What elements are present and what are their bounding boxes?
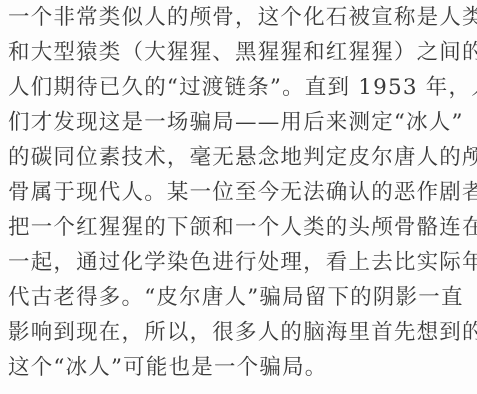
text-line-2: 和大型猿类（大猩猩、黑猩猩和红猩猩）之间的 xyxy=(8,37,477,69)
document-page: 一个非常类似人的颅骨，这个化石被宣称是人类 和大型猿类（大猩猩、黑猩猩和红猩猩）… xyxy=(0,0,477,394)
text-line-3: 人们期待已久的“过渡链条”。直到 1953 年，人 xyxy=(8,72,477,104)
text-line-4: 们才发现这是一场骗局——用后来测定“冰人” xyxy=(8,107,464,139)
text-line-11: 这个“冰人”可能也是一个骗局。 xyxy=(8,352,327,384)
text-line-9: 代古老得多。“皮尔唐人”骗局留下的阴影一直 xyxy=(8,282,464,314)
text-line-8: 一起，通过化学染色进行处理，看上去比实际年 xyxy=(8,247,477,279)
text-line-7: 把一个红猩猩的下颌和一个人类的头颅骨骼连在 xyxy=(8,212,477,244)
text-line-6: 骨属于现代人。某一位至今无法确认的恶作剧者， xyxy=(8,177,477,209)
text-line-10: 影响到现在，所以，很多人的脑海里首先想到的是， xyxy=(8,317,477,349)
text-line-5: 的碳同位素技术，毫无悬念地判定皮尔唐人的颅 xyxy=(8,142,477,174)
text-line-1: 一个非常类似人的颅骨，这个化石被宣称是人类 xyxy=(8,2,477,34)
